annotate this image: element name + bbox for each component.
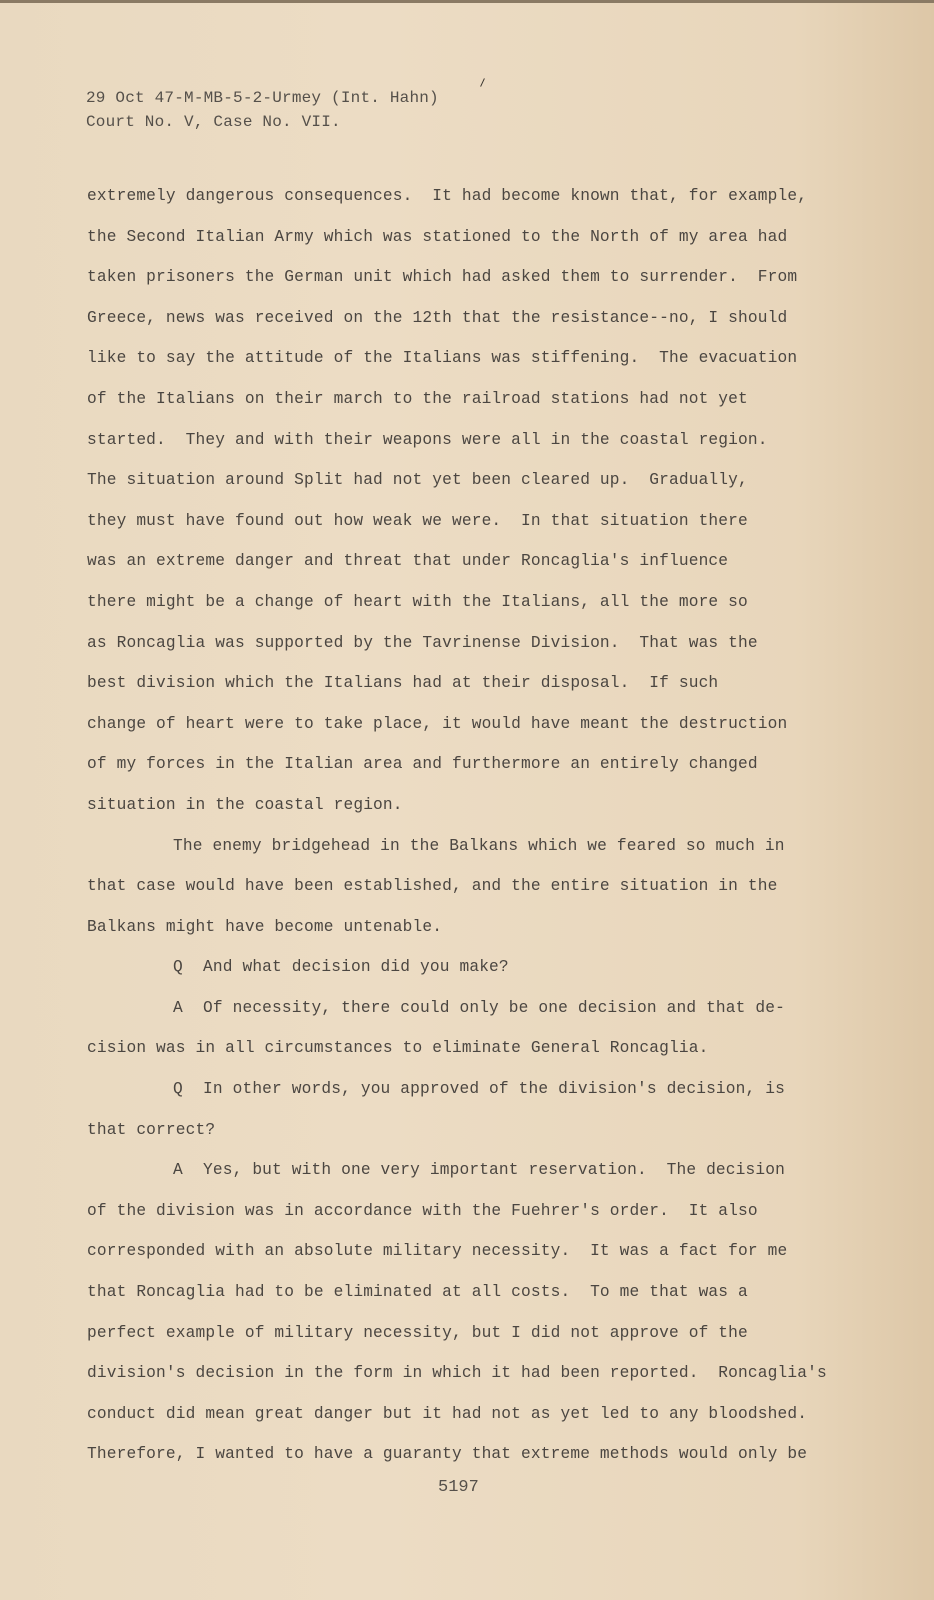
text-line: taken prisoners the German unit which ha… (87, 265, 867, 306)
text-line: there might be a change of heart with th… (87, 590, 867, 631)
question-text: And what decision did you make? (203, 958, 509, 976)
answer-text: Yes, but with one very important reserva… (203, 1161, 785, 1179)
text-line: Greece, news was received on the 12th th… (87, 306, 867, 347)
text-line: as Roncaglia was supported by the Tavrin… (87, 631, 867, 672)
text-line: like to say the attitude of the Italians… (87, 346, 867, 387)
answer-marker: A (173, 1158, 203, 1182)
pen-mark (480, 78, 485, 87)
text-line: started. They and with their weapons wer… (87, 428, 867, 469)
transcript-body: extremely dangerous consequences. It had… (87, 184, 867, 1483)
text-line: Balkans might have become untenable. (87, 915, 867, 956)
question-marker: Q (173, 955, 203, 979)
text-line: change of heart were to take place, it w… (87, 712, 867, 753)
paragraph-start-line: The enemy bridgehead in the Balkans whic… (87, 834, 867, 875)
header-reference: 29 Oct 47-M-MB-5-2-Urmey (Int. Hahn) (86, 86, 439, 110)
document-page: 29 Oct 47-M-MB-5-2-Urmey (Int. Hahn) Cou… (0, 0, 934, 1600)
text-line: the Second Italian Army which was statio… (87, 225, 867, 266)
text-line: best division which the Italians had at … (87, 671, 867, 712)
text-line: of the division was in accordance with t… (87, 1199, 867, 1240)
header-court-case: Court No. V, Case No. VII. (86, 110, 439, 134)
text-line: of the Italians on their march to the ra… (87, 387, 867, 428)
text-line: that Roncaglia had to be eliminated at a… (87, 1280, 867, 1321)
answer-text: Of necessity, there could only be one de… (203, 999, 785, 1017)
text-line: perfect example of military necessity, b… (87, 1321, 867, 1362)
text-line: that case would have been established, a… (87, 874, 867, 915)
page-number: 5197 (438, 1478, 479, 1497)
answer-marker: A (173, 996, 203, 1020)
text-line: they must have found out how weak we wer… (87, 509, 867, 550)
text-line: conduct did mean great danger but it had… (87, 1402, 867, 1443)
text-line: corresponded with an absolute military n… (87, 1239, 867, 1280)
text-line: cision was in all circumstances to elimi… (87, 1036, 867, 1077)
text-line: situation in the coastal region. (87, 793, 867, 834)
question-text: In other words, you approved of the divi… (203, 1080, 785, 1098)
text-line: division's decision in the form in which… (87, 1361, 867, 1402)
text-line: The situation around Split had not yet b… (87, 468, 867, 509)
answer-line: AYes, but with one very important reserv… (87, 1158, 867, 1199)
question-marker: Q (173, 1077, 203, 1101)
text-line: was an extreme danger and threat that un… (87, 549, 867, 590)
answer-line: AOf necessity, there could only be one d… (87, 996, 867, 1037)
text-line: extremely dangerous consequences. It had… (87, 184, 867, 225)
text-line: that correct? (87, 1118, 867, 1159)
text-line: Therefore, I wanted to have a guaranty t… (87, 1442, 867, 1483)
text-line: of my forces in the Italian area and fur… (87, 752, 867, 793)
question-line: QAnd what decision did you make? (87, 955, 867, 996)
question-line: QIn other words, you approved of the div… (87, 1077, 867, 1118)
document-header: 29 Oct 47-M-MB-5-2-Urmey (Int. Hahn) Cou… (86, 86, 439, 134)
